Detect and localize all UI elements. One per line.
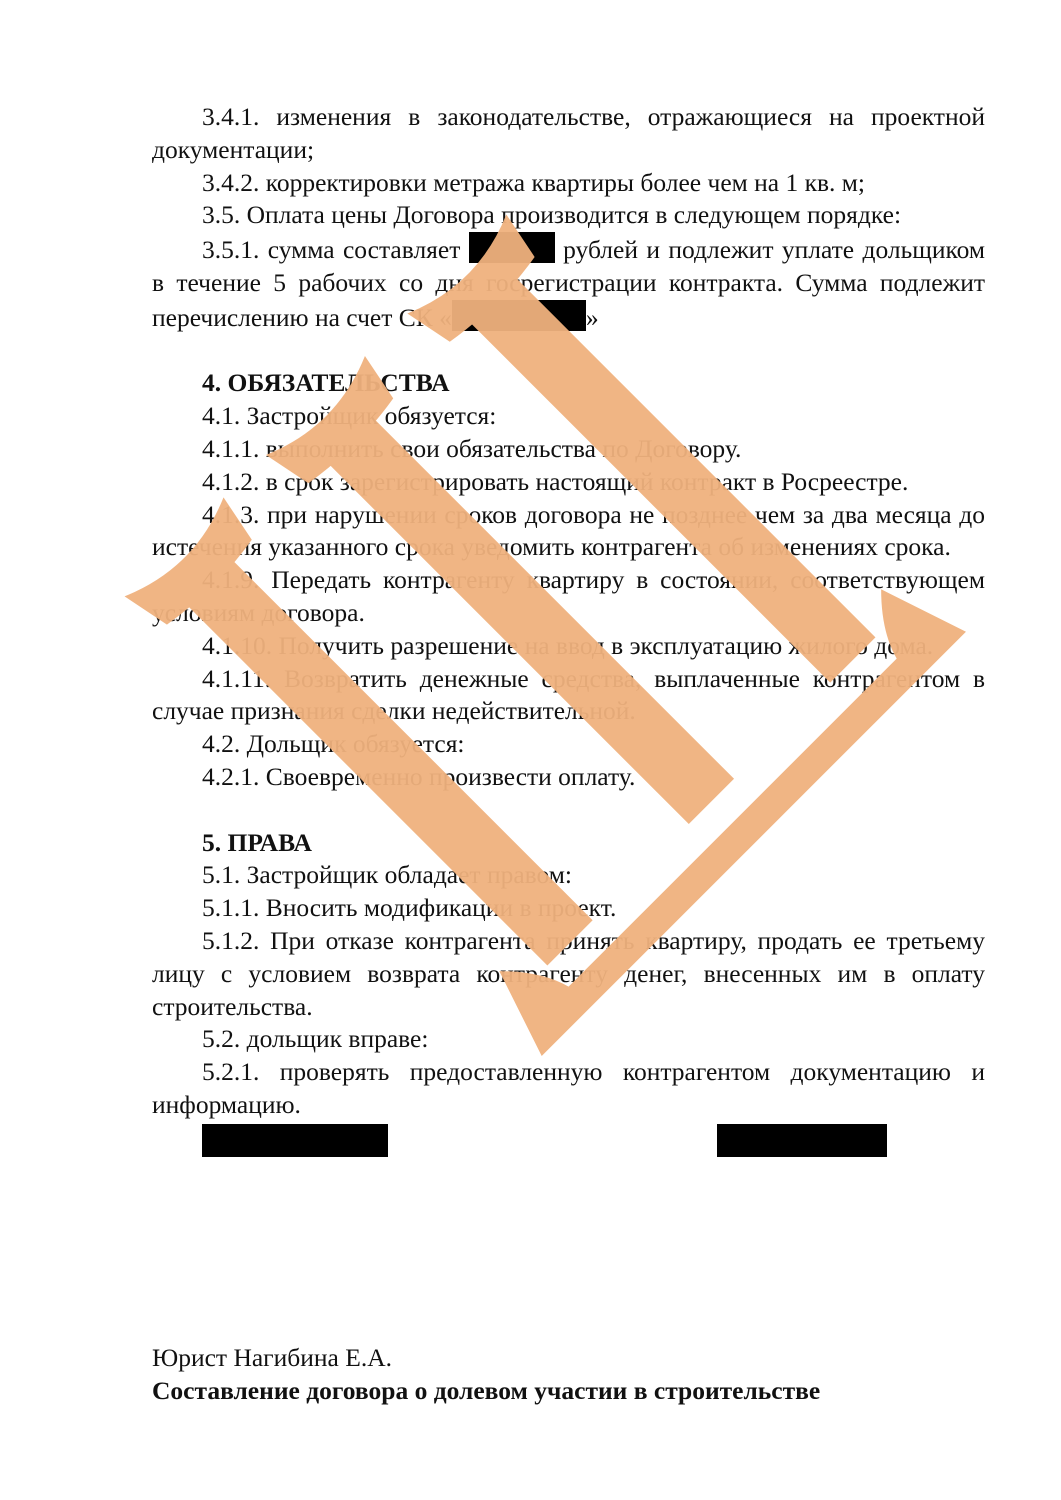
redacted-signature-left bbox=[202, 1124, 388, 1157]
footer-title: Составление договора о долевом участии в… bbox=[152, 1374, 820, 1407]
section-4-item: 4.1. Застройщик обязуется: bbox=[152, 400, 985, 433]
signature-row bbox=[152, 1124, 985, 1158]
section-5-item: 5.1.2. При отказе контрагента принять кв… bbox=[152, 925, 985, 1023]
redacted-sum bbox=[469, 232, 555, 263]
section-4-items: 4.1. Застройщик обязуется:4.1.1. выполни… bbox=[152, 400, 985, 794]
section-5-items: 5.1. Застройщик обладает правом:5.1.1. В… bbox=[152, 859, 985, 1121]
section-5-item: 5.1. Застройщик обладает правом: bbox=[152, 859, 985, 892]
section-5-item: 5.2. дольщик вправе: bbox=[152, 1023, 985, 1056]
section-4-item: 4.2. Дольщик обязуется: bbox=[152, 728, 985, 761]
document-body: 3.4.1. изменения в законодательстве, отр… bbox=[152, 101, 985, 1158]
clause-3-5-1: 3.5.1. сумма составляет рублей и подлежи… bbox=[152, 232, 985, 334]
clause-3-4-2: 3.4.2. корректировки метража квартиры бо… bbox=[152, 167, 985, 200]
footer: Юрист Нагибина Е.А. Составление договора… bbox=[152, 1341, 820, 1407]
section-4-item: 4.1.1. выполнить свои обязательства по Д… bbox=[152, 433, 985, 466]
section-4-item: 4.1.9. Передать контрагенту квартиру в с… bbox=[152, 564, 985, 630]
section-5-item: 5.2.1. проверять предоставленную контраг… bbox=[152, 1056, 985, 1122]
clause-3-4-1: 3.4.1. изменения в законодательстве, отр… bbox=[152, 101, 985, 167]
section-4-item: 4.1.10. Получить разрешение на ввод в эк… bbox=[152, 630, 985, 663]
section-4-item: 4.1.3. при нарушении сроков договора не … bbox=[152, 499, 985, 565]
author-name: Юрист Нагибина Е.А. bbox=[152, 1341, 820, 1374]
section-4-item: 4.1.11. Возвратить денежные средства, вы… bbox=[152, 663, 985, 729]
clause-3-5: 3.5. Оплата цены Договора производится в… bbox=[152, 199, 985, 232]
section-5-heading: 5. ПРАВА bbox=[152, 827, 985, 860]
section-5-item: 5.1.1. Вносить модификации в проект. bbox=[152, 892, 985, 925]
section-4-item: 4.1.2. в срок зарегистрировать настоящий… bbox=[152, 466, 985, 499]
redacted-company bbox=[452, 300, 586, 331]
redacted-signature-right bbox=[717, 1124, 887, 1157]
section-4-heading: 4. ОБЯЗАТЕЛЬСТВА bbox=[152, 367, 985, 400]
section-4-item: 4.2.1. Своевременно произвести оплату. bbox=[152, 761, 985, 794]
clause-text: » bbox=[586, 303, 599, 332]
clause-text: 3.5.1. сумма составляет bbox=[202, 235, 469, 264]
